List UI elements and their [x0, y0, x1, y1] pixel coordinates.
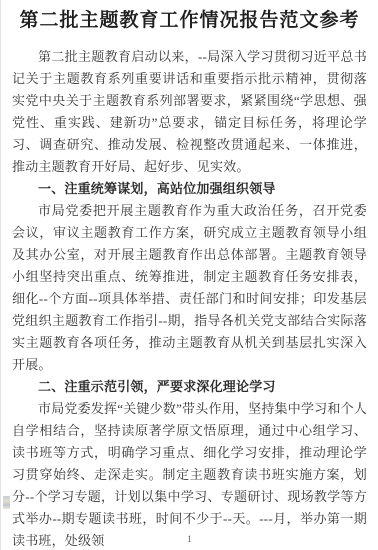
document-title: 第二批主题教育工作情况报告范文参考 — [12, 8, 367, 34]
section-heading-2: 二、注重示范引领，严要求深化理论学习 — [12, 376, 367, 398]
page-number: 1 — [1, 534, 378, 544]
section-heading-1: 一、注重统筹谋划，高站位加强组织领导 — [12, 178, 367, 200]
paragraph-section-1: 市局党委把开展主题教育作为重大政治任务，召开党委会议，审议主题教育工作方案，研究… — [12, 200, 367, 376]
document-page: 第二批主题教育工作情况报告范文参考 第二批主题教育启动以来，--局深入学习贯彻习… — [0, 0, 378, 550]
edge-artifact — [3, 496, 10, 509]
paragraph-section-2: 市局党委发挥“关键少数”带头作用，坚持集中学习和个人自学相结合，坚持读原著学原文… — [12, 398, 367, 550]
paragraph-intro: 第二批主题教育启动以来，--局深入学习贯彻习近平总书记关于主题教育系列重要讲话和… — [12, 46, 367, 178]
